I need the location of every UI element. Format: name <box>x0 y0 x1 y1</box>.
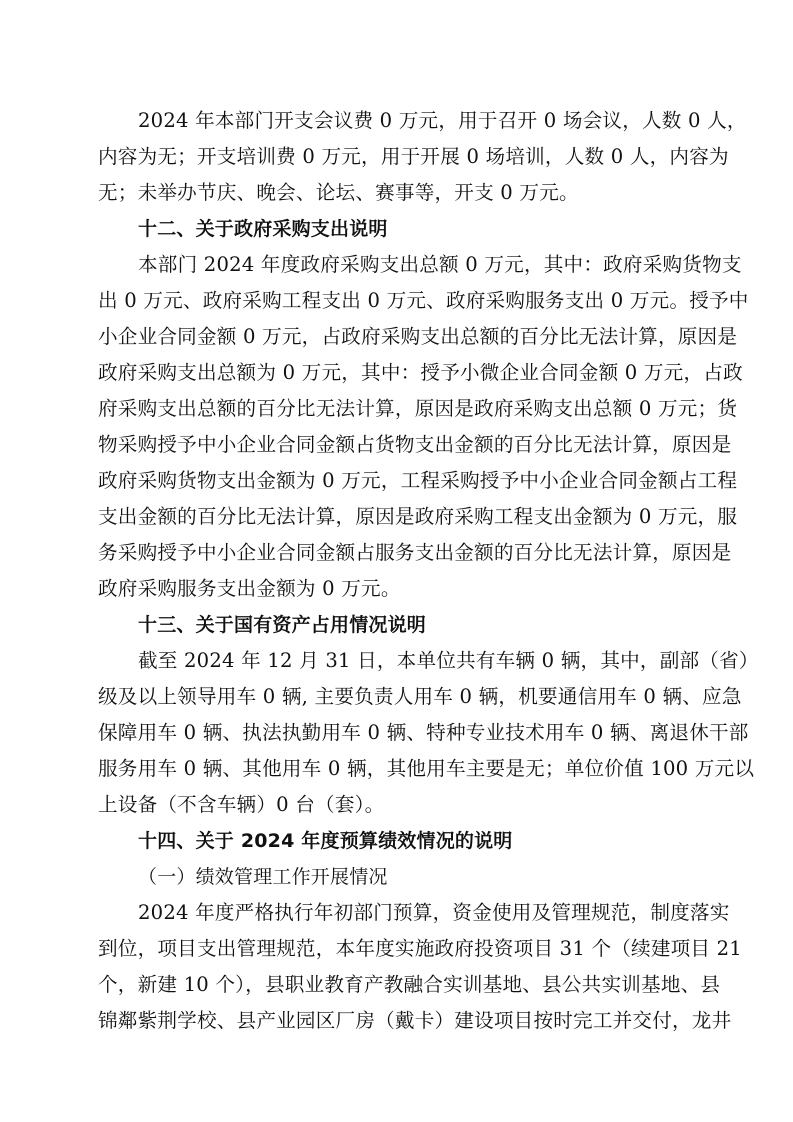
paragraph-line: 政府采购货物支出金额为 0 万元，工程采购授予中小企业合同金额占工程 <box>98 463 698 499</box>
paragraph-line: 小企业合同金额 0 万元，占政府采购支出总额的百分比无法计算，原因是 <box>98 319 698 355</box>
paragraph-line: 截至 2024 年 12 月 31 日，本单位共有车辆 0 辆，其中，副部（省） <box>98 643 698 679</box>
paragraph-line: 支出金额的百分比无法计算，原因是政府采购工程支出金额为 0 万元，服 <box>98 499 698 535</box>
section-heading: 十二、关于政府采购支出说明 <box>98 211 698 247</box>
paragraph-line: 出 0 万元、政府采购工程支出 0 万元、政府采购服务支出 0 万元。授予中 <box>98 283 698 319</box>
subsection-heading: （一）绩效管理工作开展情况 <box>98 859 698 895</box>
paragraph-line: 保障用车 0 辆、执法执勤用车 0 辆、特种专业技术用车 0 辆、离退休干部 <box>98 715 698 751</box>
paragraph-line: 2024 年度严格执行年初部门预算，资金使用及管理规范，制度落实 <box>98 895 698 931</box>
section-heading: 十三、关于国有资产占用情况说明 <box>98 607 698 643</box>
paragraph-line: 级及以上领导用车 0 辆, 主要负责人用车 0 辆，机要通信用车 0 辆、应急 <box>98 679 698 715</box>
paragraph-line: 2024 年本部门开支会议费 0 万元，用于召开 0 场会议，人数 0 人， <box>98 103 698 139</box>
paragraph-line: 内容为无；开支培训费 0 万元，用于开展 0 场培训，人数 0 人，内容为 <box>98 139 698 175</box>
document-page: 2024 年本部门开支会议费 0 万元，用于召开 0 场会议，人数 0 人， 内… <box>98 103 698 1039</box>
paragraph-line: 到位，项目支出管理规范，本年度实施政府投资项目 31 个（续建项目 21 <box>98 931 698 967</box>
paragraph-line: 个，新建 10 个），县职业教育产教融合实训基地、县公共实训基地、县 <box>98 967 698 1003</box>
paragraph-line: 政府采购支出总额为 0 万元，其中：授予小微企业合同金额 0 万元，占政 <box>98 355 698 391</box>
paragraph-line: 无；未举办节庆、晚会、论坛、赛事等，开支 0 万元。 <box>98 175 698 211</box>
paragraph-line: 务采购授予中小企业合同金额占服务支出金额的百分比无法计算，原因是 <box>98 535 698 571</box>
paragraph-line: 府采购支出总额的百分比无法计算，原因是政府采购支出总额 0 万元；货 <box>98 391 698 427</box>
paragraph-line: 上设备（不含车辆）0 台（套）。 <box>98 787 698 823</box>
paragraph-line: 锦鄰紫荆学校、县产业园区厂房（戴卡）建设项目按时完工并交付，龙井 <box>98 1003 698 1039</box>
paragraph-line: 物采购授予中小企业合同金额占货物支出金额的百分比无法计算，原因是 <box>98 427 698 463</box>
paragraph-line: 政府采购服务支出金额为 0 万元。 <box>98 571 698 607</box>
paragraph-line: 本部门 2024 年度政府采购支出总额 0 万元，其中：政府采购货物支 <box>98 247 698 283</box>
paragraph-line: 服务用车 0 辆、其他用车 0 辆，其他用车主要是无；单位价值 100 万元以 <box>98 751 698 787</box>
section-heading: 十四、关于 2024 年度预算绩效情况的说明 <box>98 823 698 859</box>
